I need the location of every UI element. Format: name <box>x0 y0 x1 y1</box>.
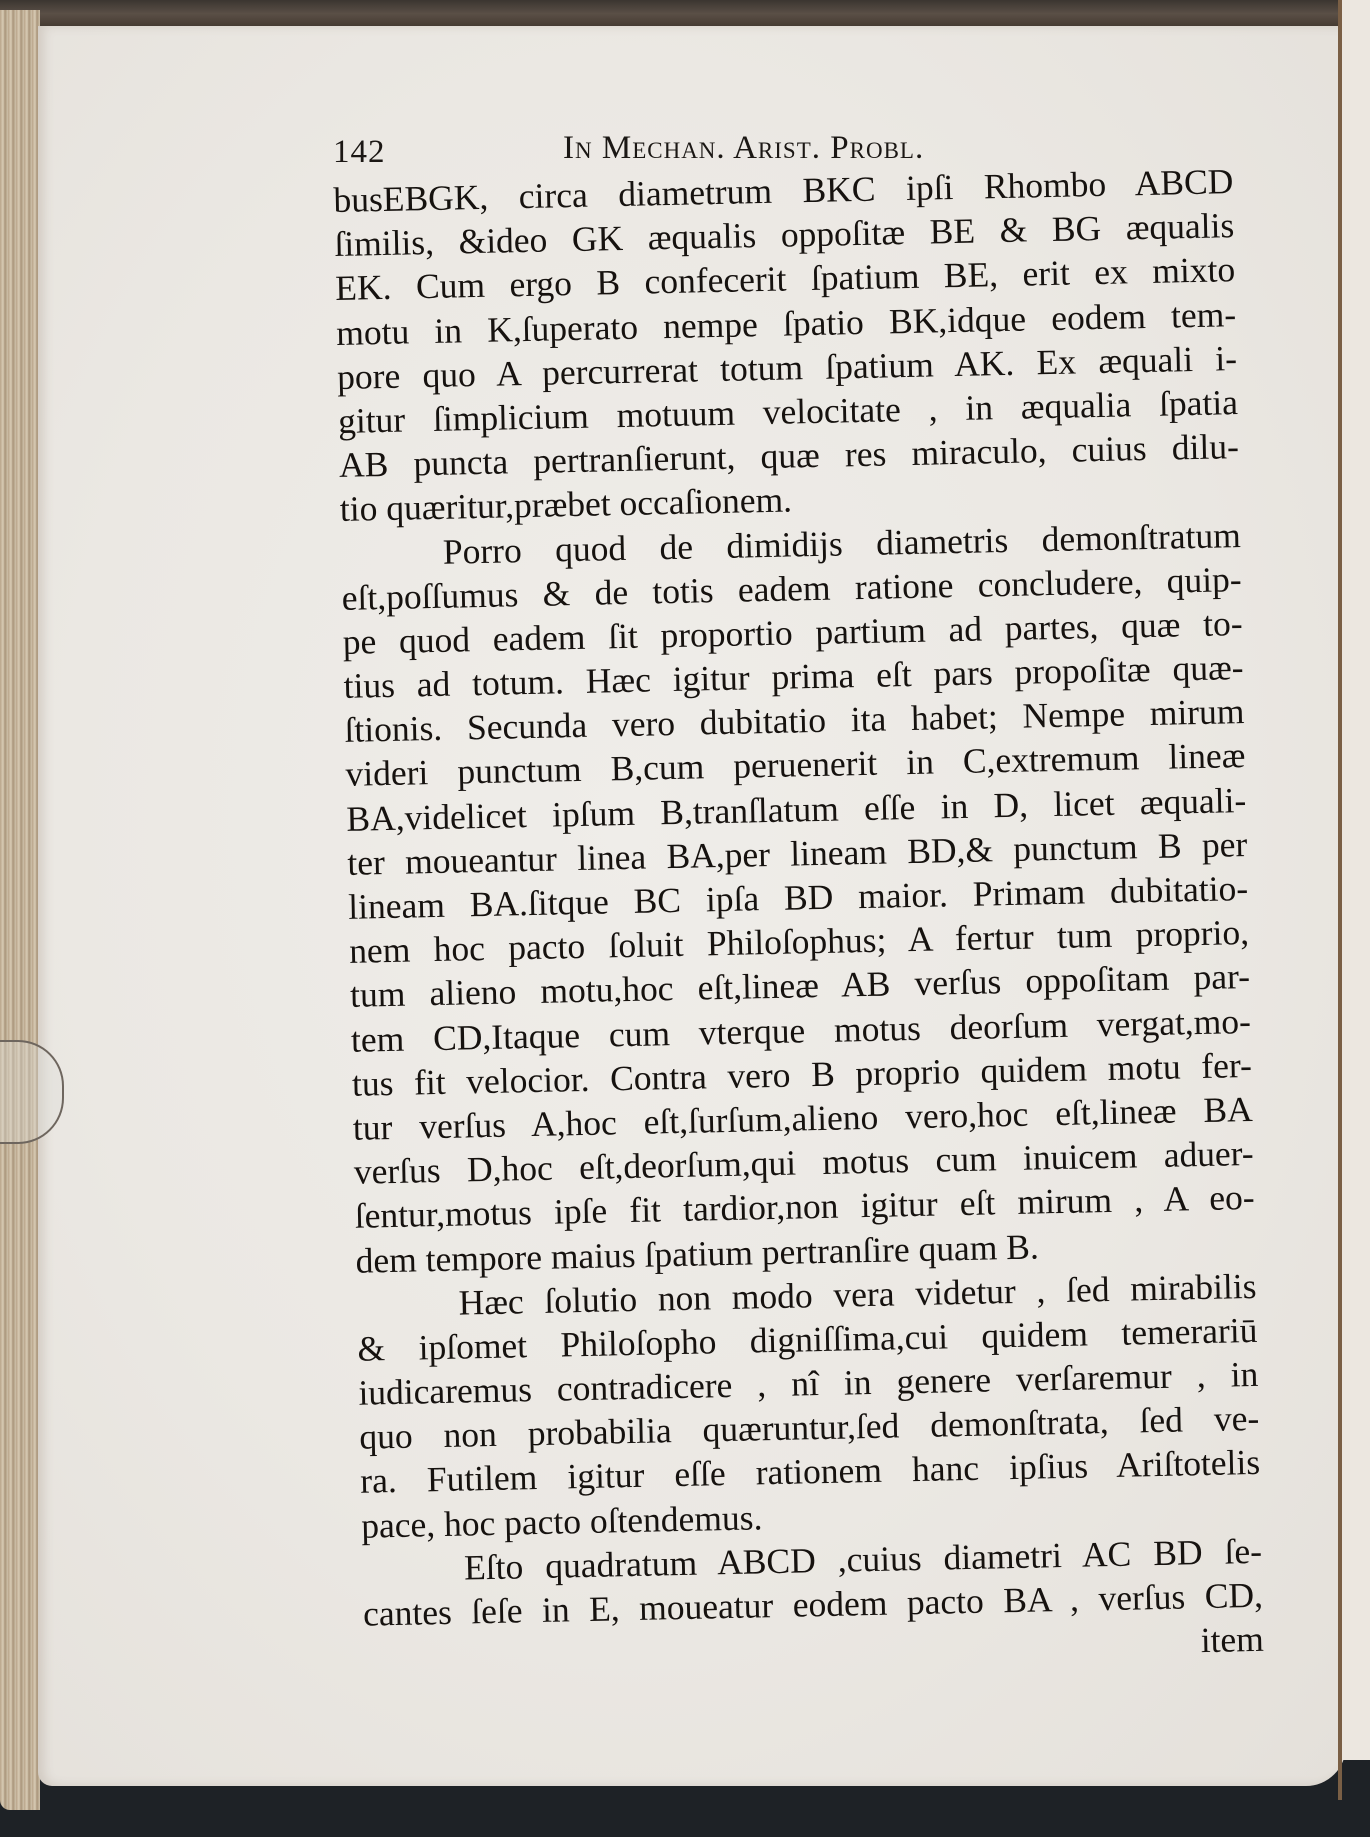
book-fore-edge <box>0 10 40 1810</box>
running-title: In Mechan. Arist. Probl. <box>563 130 924 167</box>
body-text: busEBGK, circa diametrum BKC ipſi Rhombo… <box>333 159 1264 1680</box>
facing-page-edge <box>1342 0 1370 1760</box>
page-number: 142 <box>333 134 386 171</box>
